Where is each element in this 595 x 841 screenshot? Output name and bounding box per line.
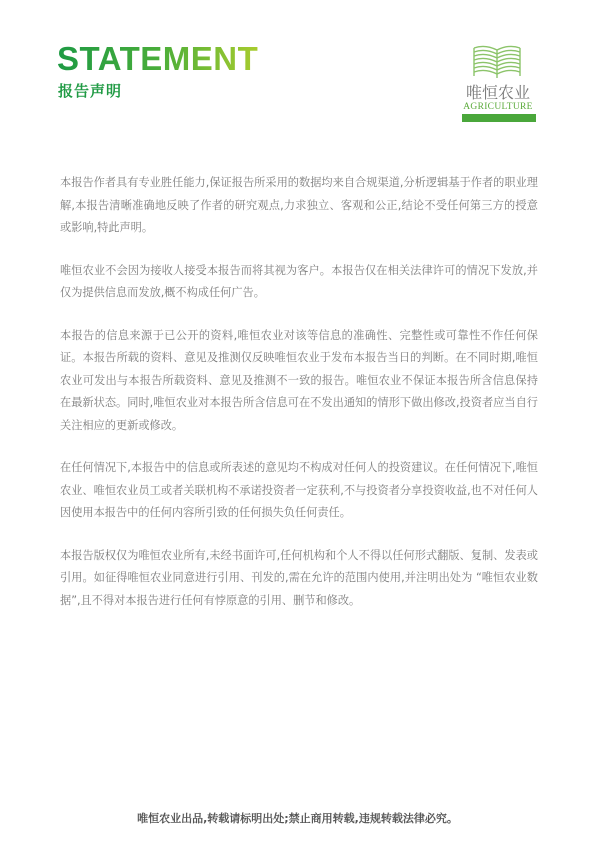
- paragraph: 本报告版权仅为唯恒农业所有,未经书面许可,任何机构和个人不得以任何形式翻版、复制…: [60, 545, 538, 613]
- book-wave-icon: [472, 44, 522, 80]
- logo-name: 唯恒农业: [458, 80, 538, 103]
- paragraph: 唯恒农业不会因为接收人接受本报告而将其视为客户。本报告仅在相关法律许可的情况下发…: [60, 260, 538, 305]
- paragraph: 在任何情况下,本报告中的信息或所表述的意见均不构成对任何人的投资建议。在任何情况…: [60, 457, 538, 525]
- statement-body: 本报告作者具有专业胜任能力,保证报告所采用的数据均来自合规渠道,分析逻辑基于作者…: [60, 172, 538, 632]
- footer-notice: 唯恒农业出品,转载请标明出处;禁止商用转载,违规转载法律必究。: [0, 810, 595, 826]
- title-en: STATEMENT: [57, 42, 258, 75]
- title-cn: 报告声明: [58, 80, 122, 101]
- logo-name-en: AGRICULTURE: [458, 102, 538, 112]
- paragraph: 本报告的信息来源于已公开的资料,唯恒农业对该等信息的准确性、完整性或可靠性不作任…: [60, 325, 538, 438]
- brand-logo: 唯恒农业 AGRICULTURE: [458, 44, 538, 124]
- logo-banner: [462, 114, 536, 122]
- paragraph: 本报告作者具有专业胜任能力,保证报告所采用的数据均来自合规渠道,分析逻辑基于作者…: [60, 172, 538, 240]
